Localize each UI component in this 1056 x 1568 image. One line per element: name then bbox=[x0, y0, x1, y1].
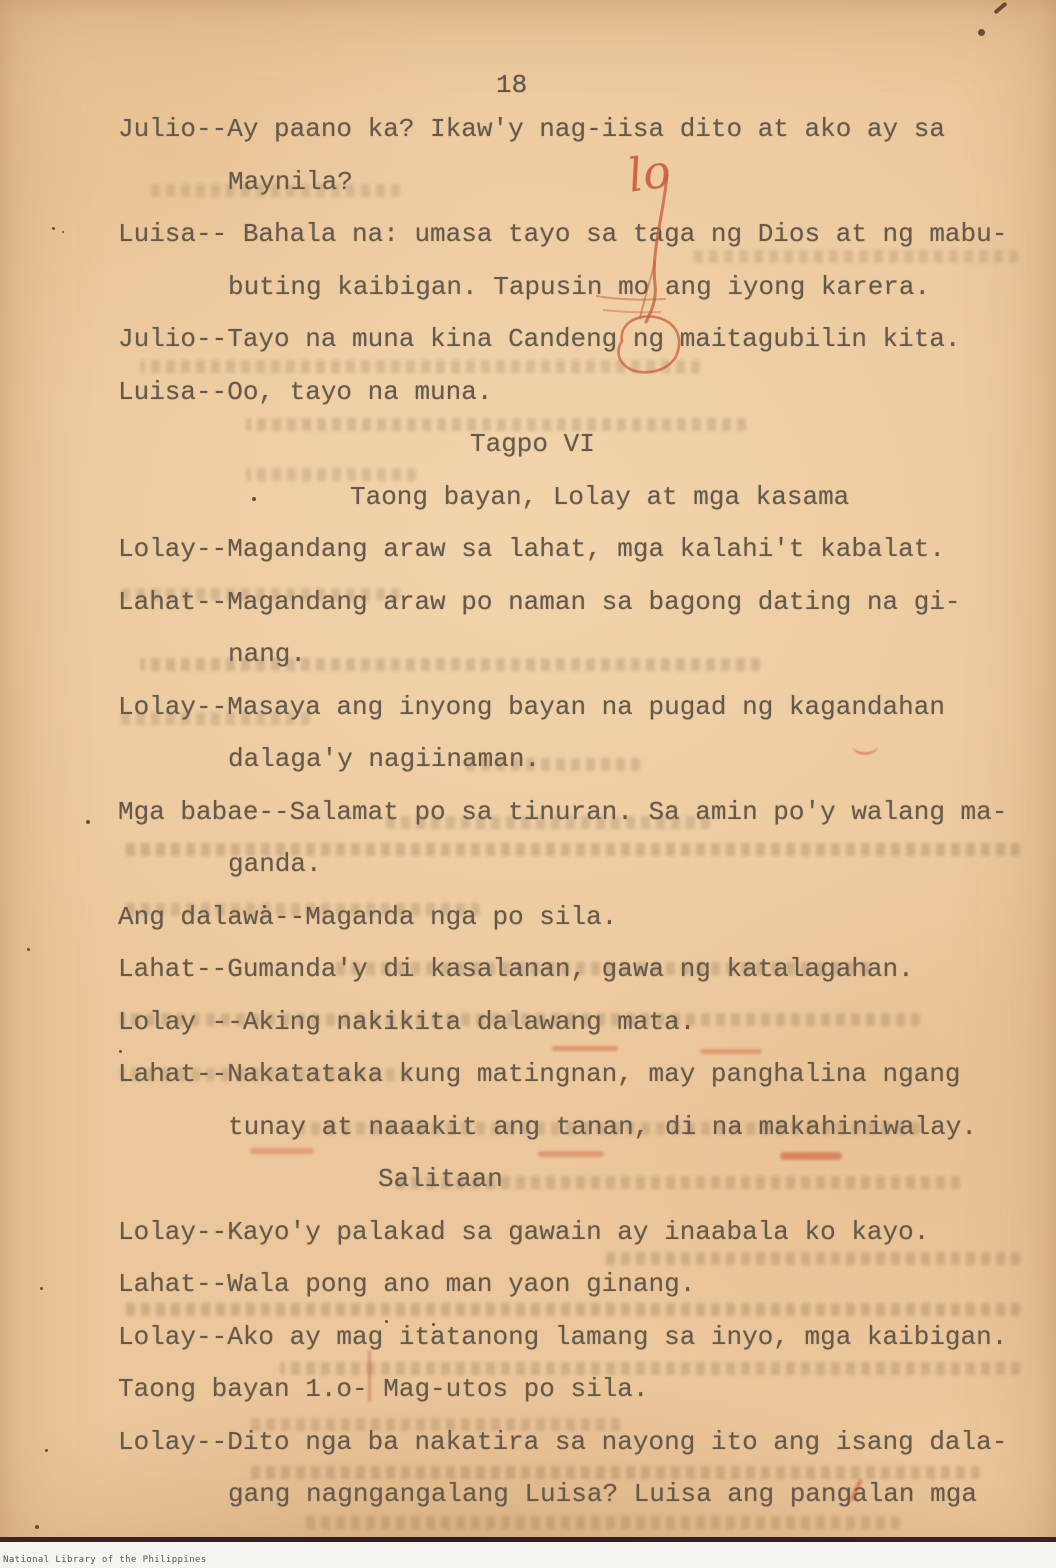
typescript-line: Maynila? bbox=[118, 156, 1028, 209]
red-smudge bbox=[250, 1148, 314, 1154]
red-smudge bbox=[368, 1350, 371, 1402]
typescript-line: Lolay--Kayo'y palakad sa gawain ay inaab… bbox=[118, 1206, 1028, 1259]
typescript-line: Salitaan bbox=[118, 1153, 1028, 1206]
typescript-line: Ang dalawa--Maganda nga po sila. bbox=[118, 891, 1028, 944]
ink-speck bbox=[27, 948, 30, 951]
ink-speck bbox=[119, 1050, 122, 1053]
ink-speck bbox=[45, 1449, 48, 1452]
typescript-line: Lolay --Aking nakikita dalawang mata. bbox=[118, 996, 1028, 1049]
red-smudge bbox=[552, 1046, 618, 1051]
red-smudge bbox=[700, 1049, 762, 1054]
typescript-line: nang. bbox=[118, 628, 1028, 681]
typescript-line: Taong bayan 1.o- Mag-utos po sila. bbox=[118, 1363, 1028, 1416]
typescript-line: Lahat--Gumanda'y di kasalanan, gawa ng k… bbox=[118, 943, 1028, 996]
ink-speck bbox=[86, 820, 90, 824]
typescript-line: Julio--Tayo na muna kina Candeng ng mait… bbox=[118, 313, 1028, 366]
ink-speck bbox=[385, 1320, 388, 1323]
ink-speck bbox=[40, 1287, 43, 1290]
ink-speck bbox=[35, 1525, 39, 1529]
page-number: 18 bbox=[496, 70, 527, 100]
typescript-body: Julio--Ay paano ka? Ikaw'y nag-iisa dito… bbox=[118, 103, 1028, 1521]
typescript-line: Luisa--Oo, tayo na muna. bbox=[118, 366, 1028, 419]
ink-speck bbox=[62, 231, 64, 233]
typescript-line: Tagpo VI bbox=[118, 418, 1028, 471]
handwritten-correction: lo bbox=[624, 143, 674, 202]
typescript-line: Luisa-- Bahala na: umasa tayo sa taga ng… bbox=[118, 208, 1028, 261]
red-smudge bbox=[538, 1151, 604, 1157]
red-smudge bbox=[852, 736, 878, 755]
ink-speck bbox=[993, 2, 1007, 15]
typescript-line: Lolay--Masaya ang inyong bayan na pugad … bbox=[118, 681, 1028, 734]
typescript-line: Lahat--Nakatataka kung matingnan, may pa… bbox=[118, 1048, 1028, 1101]
typescript-line: Lahat--Magandang araw po naman sa bagong… bbox=[118, 576, 1028, 629]
typescript-line: Lolay--Magandang araw sa lahat, mga kala… bbox=[118, 523, 1028, 576]
typescript-line: Lahat--Wala pong ano man yaon ginang. bbox=[118, 1258, 1028, 1311]
typescript-line: Lolay--Ako ay mag itatanong lamang sa in… bbox=[118, 1311, 1028, 1364]
typescript-line: ganda. bbox=[118, 838, 1028, 891]
library-watermark: National Library of the Philippines bbox=[3, 1555, 207, 1565]
typescript-line: Mga babae--Salamat po sa tinuran. Sa ami… bbox=[118, 786, 1028, 839]
typescript-line: tunay at naaakit ang tanan, di na makahi… bbox=[118, 1101, 1028, 1154]
typescript-line: gang nagngangalang Luisa? Luisa ang pang… bbox=[118, 1468, 1028, 1521]
ink-speck bbox=[263, 905, 266, 908]
typescript-line: Lolay--Dito nga ba nakatira sa nayong it… bbox=[118, 1416, 1028, 1469]
ink-speck bbox=[978, 29, 985, 36]
scanned-typescript-page: 18 Julio--Ay paano ka? Ikaw'y nag-iisa d… bbox=[0, 0, 1056, 1568]
typescript-line: dalaga'y nagiinaman. bbox=[118, 733, 1028, 786]
red-smudge bbox=[780, 1152, 842, 1160]
typescript-line: buting kaibigan. Tapusin mo ang iyong ka… bbox=[118, 261, 1028, 314]
ink-speck bbox=[52, 227, 55, 230]
typescript-line: Julio--Ay paano ka? Ikaw'y nag-iisa dito… bbox=[118, 103, 1028, 156]
scan-footer: National Library of the Philippines bbox=[0, 1542, 1056, 1568]
ink-speck bbox=[252, 497, 256, 501]
ink-speck bbox=[432, 1323, 435, 1326]
